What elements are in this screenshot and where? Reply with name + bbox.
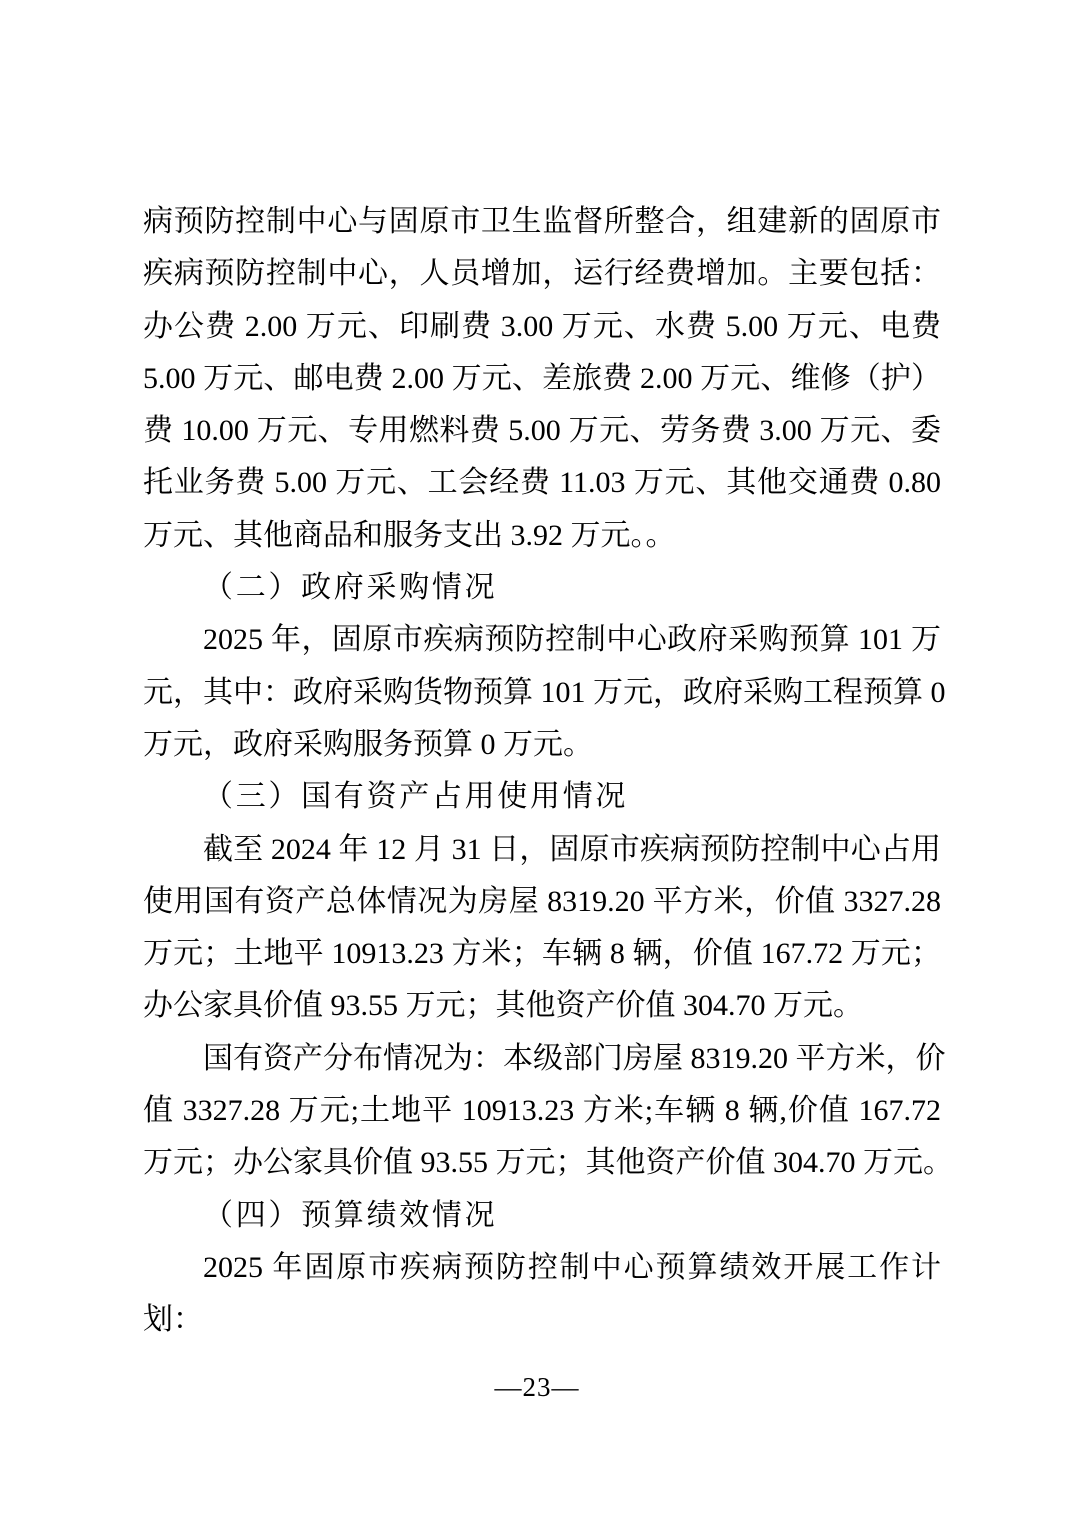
text-line: 2025 年固原市疾病预防控制中心预算绩效开展工作计 (143, 1242, 941, 1294)
section-heading: （三）国有资产占用使用情况 (143, 771, 941, 823)
text-line: 病预防控制中心与固原市卫生监督所整合，组建新的固原市 (143, 196, 941, 248)
text-line: 万元，政府采购服务预算 0 万元。 (143, 719, 941, 771)
document-page: 病预防控制中心与固原市卫生监督所整合，组建新的固原市疾病预防控制中心，人员增加，… (0, 0, 1074, 1520)
text-line: 5.00 万元、邮电费 2.00 万元、差旅费 2.00 万元、维修（护） (143, 353, 941, 405)
section-heading: （二）政府采购情况 (143, 562, 941, 614)
text-line: 2025 年，固原市疾病预防控制中心政府采购预算 101 万 (143, 614, 941, 666)
text-line: 费 10.00 万元、专用燃料费 5.00 万元、劳务费 3.00 万元、委 (143, 405, 941, 457)
text-line: 办公费 2.00 万元、印刷费 3.00 万元、水费 5.00 万元、电费 (143, 301, 941, 353)
text-line: 划： (143, 1294, 941, 1346)
text-line: 万元；土地平 10913.23 方米；车辆 8 辆，价值 167.72 万元； (143, 928, 941, 980)
text-line: 使用国有资产总体情况为房屋 8319.20 平方米，价值 3327.28 (143, 876, 941, 928)
text-line: 托业务费 5.00 万元、工会经费 11.03 万元、其他交通费 0.80 (143, 457, 941, 509)
text-line: 万元、其他商品和服务支出 3.92 万元。。 (143, 510, 941, 562)
text-line: 元，其中：政府采购货物预算 101 万元，政府采购工程预算 0 (143, 667, 941, 719)
text-block: 病预防控制中心与固原市卫生监督所整合，组建新的固原市疾病预防控制中心，人员增加，… (143, 196, 941, 1347)
text-line: 值 3327.28 万元;土地平 10913.23 方米;车辆 8 辆,价值 1… (143, 1085, 941, 1137)
section-heading: （四）预算绩效情况 (143, 1190, 941, 1242)
text-line: 办公家具价值 93.55 万元；其他资产价值 304.70 万元。 (143, 980, 941, 1032)
text-line: 万元；办公家具价值 93.55 万元；其他资产价值 304.70 万元。 (143, 1137, 941, 1189)
text-line: 截至 2024 年 12 月 31 日，固原市疾病预防控制中心占用 (143, 824, 941, 876)
text-line: 疾病预防控制中心，人员增加，运行经费增加。主要包括： (143, 248, 941, 300)
text-line: 国有资产分布情况为：本级部门房屋 8319.20 平方米，价 (143, 1033, 941, 1085)
page-number: —23— (0, 1372, 1074, 1403)
